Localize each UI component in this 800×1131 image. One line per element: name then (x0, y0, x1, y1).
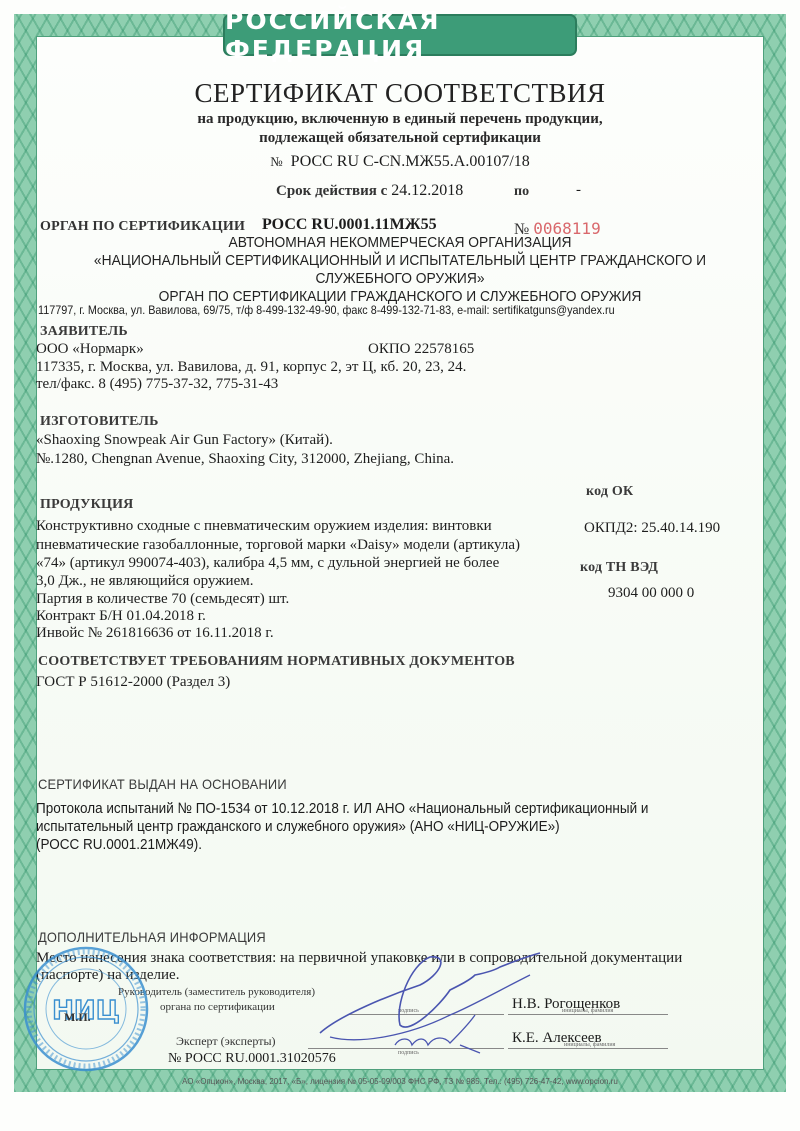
tnved-label: код ТН ВЭД (580, 560, 658, 576)
ok-code-label: код ОК (586, 484, 633, 500)
seal-label: М.П. (64, 1010, 91, 1025)
validity-from: 24.12.2018 (391, 182, 463, 199)
product-line: Конструктивно сходные с пневматическим о… (36, 518, 492, 535)
certification-body-label: ОРГАН ПО СЕРТИФИКАЦИИ (40, 219, 245, 235)
product-heading: ПРОДУКЦИЯ (40, 497, 133, 513)
basis-line: испытательный центр гражданского и служе… (36, 818, 560, 835)
org-line-1: АВТОНОМНАЯ НЕКОММЕРЧЕСКАЯ ОРГАНИЗАЦИЯ (32, 234, 768, 251)
applicant-name: ООО «Нормарк» (36, 341, 144, 358)
normative-document: ГОСТ Р 51612-2000 (Раздел 3) (36, 674, 230, 691)
org-line-3: СЛУЖЕБНОГО ОРУЖИЯ» (32, 270, 768, 287)
certificate-number: №РОСС RU С-CN.МЖ55.А.00107/18 (0, 153, 800, 171)
applicant-phone: тел/факс. 8 (495) 775-37-32, 775-31-43 (36, 376, 278, 393)
country-banner: РОССИЙСКАЯ ФЕДЕРАЦИЯ (223, 14, 577, 56)
product-line: «74» (артикул 990074-403), калибра 4,5 м… (36, 555, 499, 572)
certification-body-code: РОСС RU.0001.11МЖ55 (262, 216, 437, 234)
validity-label: Срок действия с (276, 183, 387, 199)
certificate-number-value: РОСС RU С-CN.МЖ55.А.00107/18 (291, 153, 530, 170)
applicant-address: 117335, г. Москва, ул. Вавилова, д. 91, … (36, 359, 466, 376)
product-line: пневматические газобаллонные, торговой м… (36, 537, 520, 554)
validity-to: - (576, 182, 581, 199)
handwritten-signature-icon (300, 945, 560, 1060)
number-sign: № (270, 154, 282, 169)
tnved-code: 9304 00 000 0 (608, 585, 694, 602)
validity-to-label: по (514, 184, 529, 200)
normative-heading: СООТВЕТСТВУЕТ ТРЕБОВАНИЯМ НОРМАТИВНЫХ ДО… (38, 654, 515, 670)
official-seal-icon: НИЦ (22, 945, 150, 1073)
product-line: Контракт Б/Н 01.04.2018 г. (36, 608, 206, 625)
document-subtitle-2: подлежащей обязательной сертификации (0, 130, 800, 147)
product-line: Инвойс № 261816636 от 16.11.2018 г. (36, 625, 274, 642)
printer-imprint: АО «Опцион», Москва, 2017, «Б», лицензия… (0, 1077, 800, 1086)
document-subtitle-1: на продукцию, включенную в единый перече… (0, 111, 800, 128)
certification-body-address: 117797, г. Москва, ул. Вавилова, 69/75, … (38, 303, 615, 317)
basis-heading: СЕРТИФИКАТ ВЫДАН НА ОСНОВАНИИ (38, 776, 287, 792)
product-line: 3,0 Дж., не являющийся оружием. (36, 573, 253, 590)
manufacturer-heading: ИЗГОТОВИТЕЛЬ (40, 414, 159, 430)
okpd2-code: ОКПД2: 25.40.14.190 (584, 520, 720, 537)
applicant-heading: ЗАЯВИТЕЛЬ (40, 324, 128, 340)
name-caption: инициалы, фамилия (562, 1008, 613, 1014)
name-caption: инициалы, фамилия (564, 1042, 615, 1048)
additional-info-heading: ДОПОЛНИТЕЛЬНАЯ ИНФОРМАЦИЯ (38, 929, 266, 945)
basis-line: Протокола испытаний № ПО-1534 от 10.12.2… (36, 800, 648, 817)
org-line-2: «НАЦИОНАЛЬНЫЙ СЕРТИФИКАЦИОННЫЙ И ИСПЫТАТ… (32, 252, 768, 269)
product-line: Партия в количестве 70 (семьдесят) шт. (36, 591, 289, 608)
applicant-okpo: ОКПО 22578165 (368, 341, 474, 358)
manufacturer-name: «Shaoxing Snowpeak Air Gun Factory» (Кит… (36, 432, 333, 449)
document-title: СЕРТИФИКАТ СООТВЕТСТВИЯ (0, 78, 800, 109)
validity-period: Срок действия с 24.12.2018 по - (276, 182, 463, 200)
expert-role: Эксперт (эксперты) (176, 1034, 276, 1049)
head-role-line-2: органа по сертификации (160, 1001, 275, 1013)
manufacturer-address: №.1280, Chengnan Avenue, Shaoxing City, … (36, 451, 454, 468)
basis-line: (РОСС RU.0001.21МЖ49). (36, 836, 202, 853)
certificate-sheet: РОССИЙСКАЯ ФЕДЕРАЦИЯ СЕРТИФИКАТ СООТВЕТС… (0, 0, 800, 1131)
